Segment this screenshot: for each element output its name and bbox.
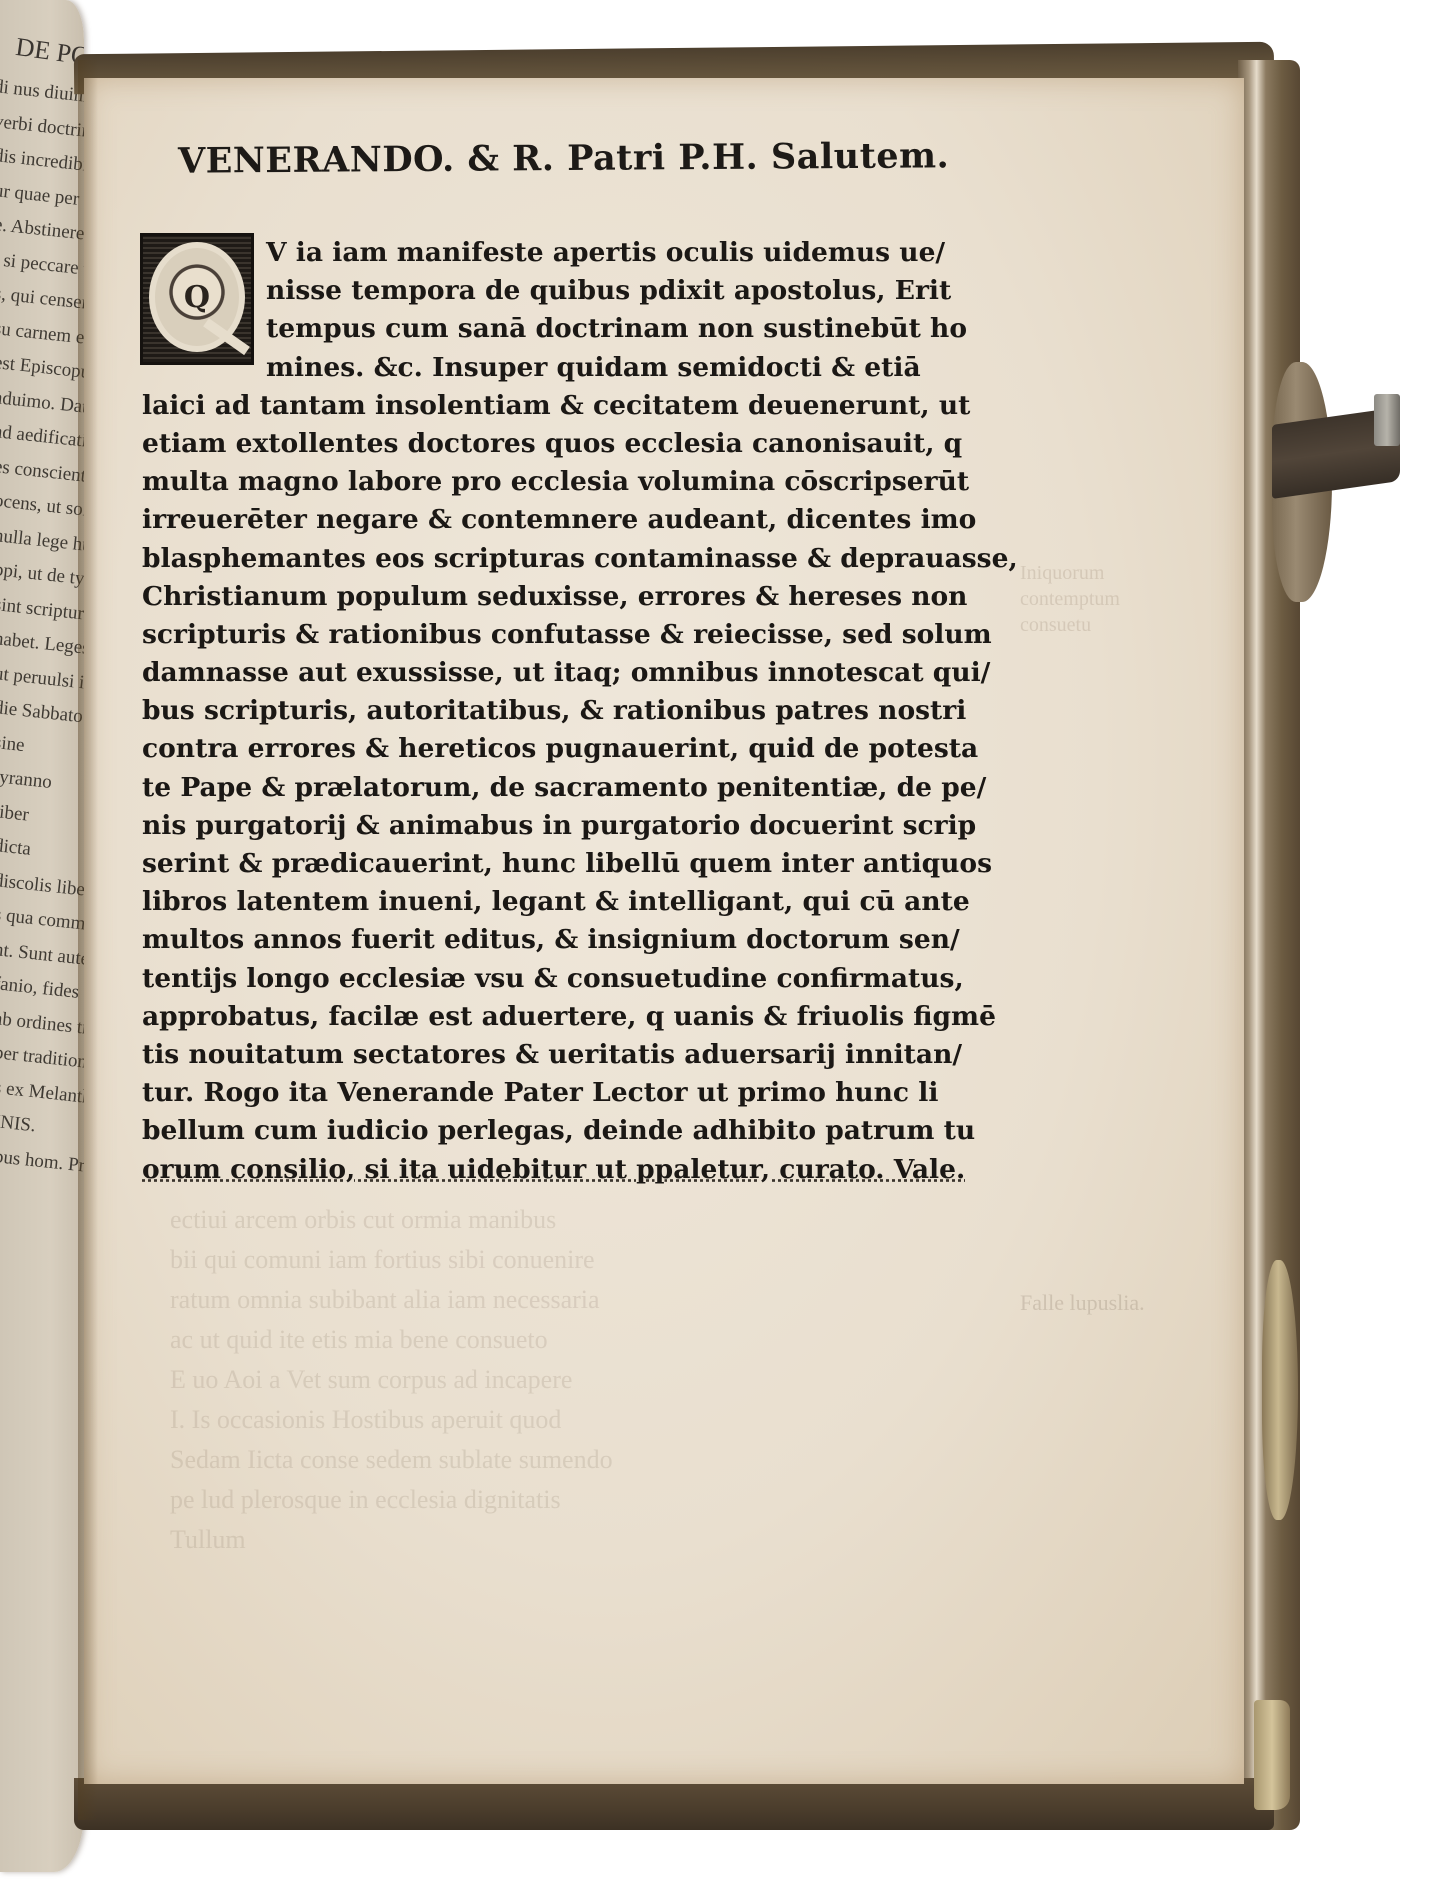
text-line: multa magno labore pro ecclesia volumina… [142,463,942,501]
text-line: tur. Rogo ita Venerande Pater Lector ut … [142,1074,942,1112]
bleed-through-text: ectiui arcem orbis cut ormia manibusbii … [170,1200,950,1560]
text-line: approbatus, facilæ est aduertere, q uani… [142,998,942,1036]
text-line: multos annos fuerit editus, & insignium … [142,921,942,959]
upper-clasp-pin [1374,394,1400,446]
text-line: Christianum populum seduxisse, errores &… [142,578,942,616]
text-line: te Pape & prælatorum, de sacramento peni… [142,769,942,807]
lower-clasp-catch [1262,1260,1298,1520]
text-line: laici ad tantam insolentiam & cecitatem … [142,387,942,425]
bleed-through-margin-note: Falle lupuslia. [1020,1290,1145,1316]
bleed-through-line: ratum omnia subibant alia iam necessaria [170,1280,950,1320]
bleed-through-line: ectiui arcem orbis cut ormia manibus [170,1200,950,1240]
bleed-through-line: Sedam Iicta conse sedem sublate sumendo [170,1440,950,1480]
text-line: tentijs longo ecclesiæ vsu & consuetudin… [142,960,942,998]
text-line: scripturis & rationibus confutasse & rei… [142,616,942,654]
bleed-through-line: ac ut quid ite etis mia bene consueto [170,1320,950,1360]
text-line: nis purgatorij & animabus in purgatorio … [142,807,942,845]
bleed-through-line: pe lud plerosque in ecclesia dignitatis [170,1480,950,1520]
book-cover-bottom-edge [74,1778,1274,1830]
text-line: irreuerēter negare & contemnere audeant,… [142,501,942,539]
left-page-text: di nus diuini. De hiverbi doctrinas doce… [0,70,84,1174]
text-line: orum consilio, si ita uidebitur ut ppale… [142,1151,942,1189]
bleed-through-line: E uo Aoi a Vet sum corpus ad incapere [170,1360,950,1400]
text-line: damnasse aut exussisse, ut itaq; omnibus… [142,654,942,692]
bleed-through-margin-note-top: Iniquorumcontemptumconsuetu [1020,560,1120,638]
cover-corner-bottom-right [1254,1700,1290,1810]
text-line: mines. &c. Insuper quidam semidocti & et… [142,349,942,387]
bleed-through-line: bii qui comuni iam fortius sibi conuenir… [170,1240,950,1280]
text-line: contra errores & hereticos pugnauerint, … [142,730,942,768]
text-line: tis nouitatum sectatores & ueritatis adu… [142,1036,942,1074]
text-line: serint & prædicauerint, hunc libellū que… [142,845,942,883]
bleed-through-margin-line: contemptum [1020,586,1120,612]
bleed-through-margin-line: Iniquorum [1020,560,1120,586]
page-heading: VENERANDO. & R. Patri P.H. Salutem. [178,135,950,181]
body-text: V ia iam manifeste apertis oculis uidemu… [142,234,942,1189]
text-line: nisse tempora de quibus pdixit apostolus… [142,272,942,310]
bleed-through-line: Tullum [170,1520,950,1560]
text-line: blasphemantes eos scripturas contaminass… [142,540,942,578]
text-line: etiam extollentes doctores quos ecclesia… [142,425,942,463]
facing-left-page: DE POTE di nus diuini. De hiverbi doctri… [0,0,84,1872]
gutter-shadow [78,60,98,1820]
text-line: tempus cum sanā doctrinam non sustinebūt… [142,310,942,348]
bleed-through-line: I. Is occasionis Hostibus aperuit quod [170,1400,950,1440]
text-line: bus scripturis, autoritatibus, & rationi… [142,692,942,730]
text-line: libros latentem inueni, legant & intelli… [142,883,942,921]
text-line: bellum cum iudicio perlegas, deinde adhi… [142,1112,942,1150]
bleed-through-margin-line: consuetu [1020,612,1120,638]
book-fore-edge [1238,60,1300,1830]
text-line: V ia iam manifeste apertis oculis uidemu… [142,234,942,272]
